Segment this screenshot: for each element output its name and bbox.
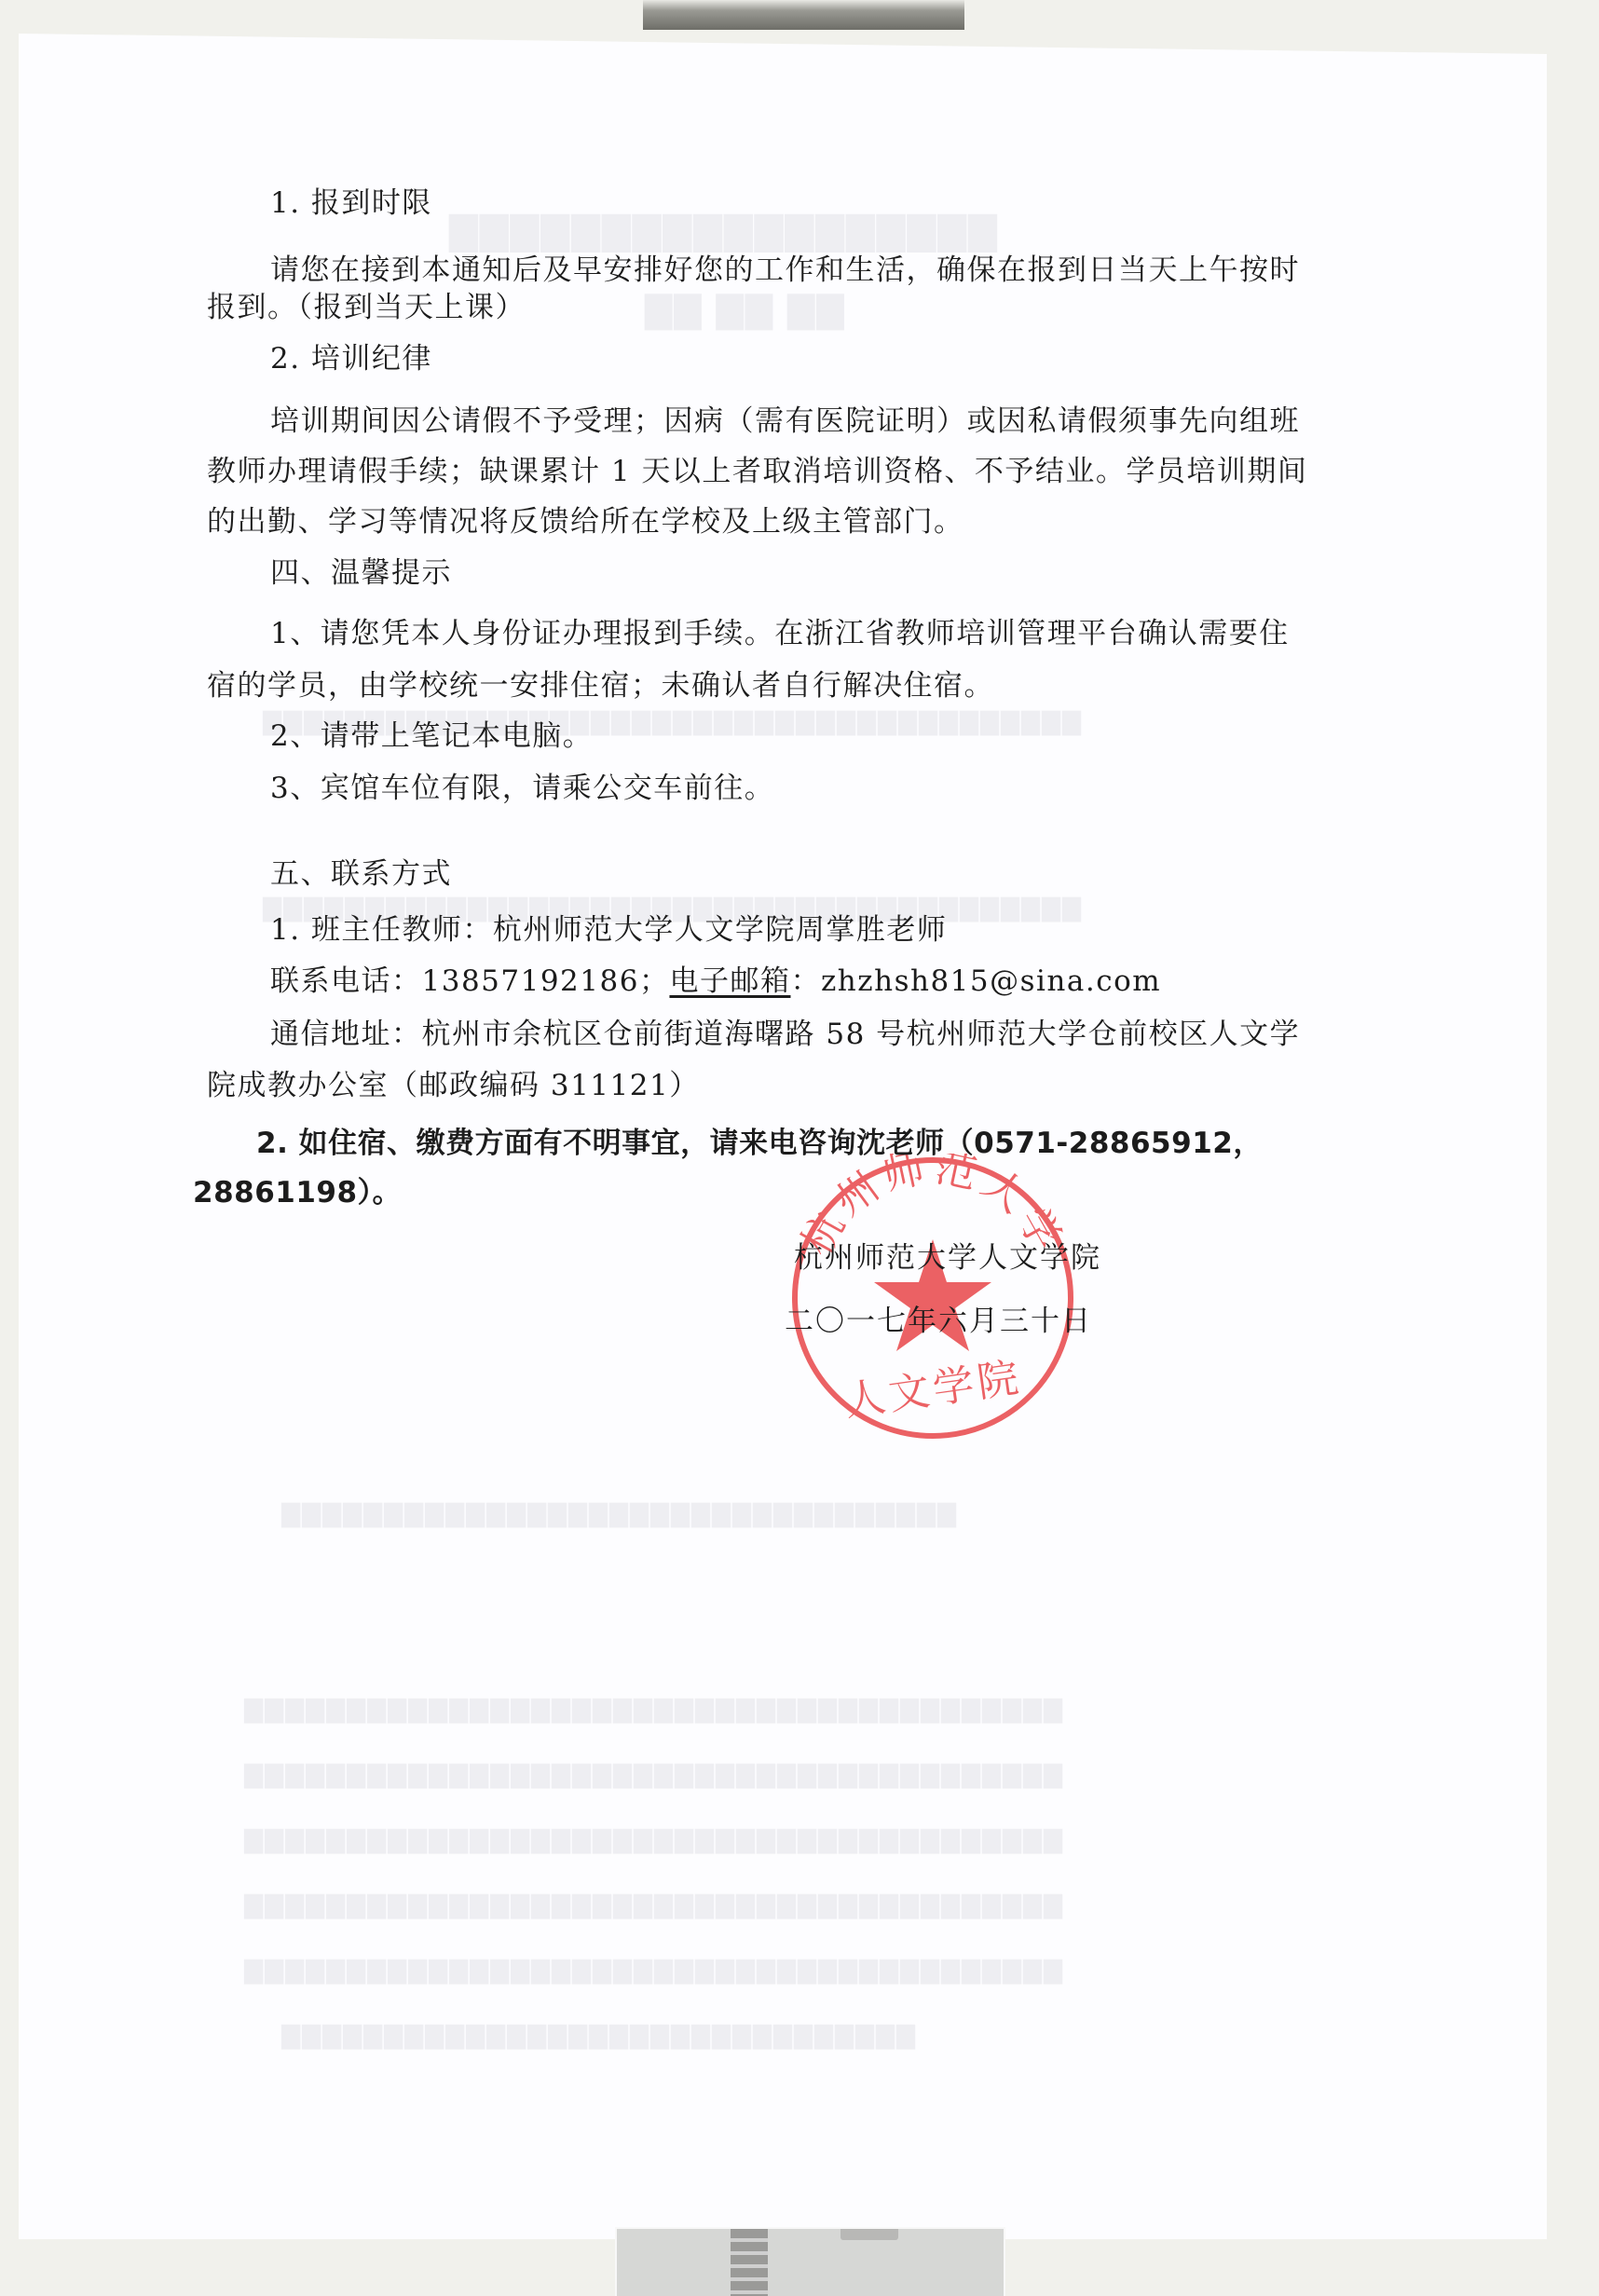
tip-item: 3、宾馆车位有限，请乘公交车前往。 [270, 770, 774, 807]
tip-item-cont: 宿的学员，由学校统一安排住宿；未确认者自行解决住宿。 [207, 667, 994, 704]
tip-item: 1、请您凭本人身份证办理报到手续。在浙江省教师培训管理平台确认需要住 [270, 615, 1290, 652]
contact-address-cont: 院成教办公室（邮政编码 311121） [207, 1067, 700, 1104]
accommodation-note-cont: 28861198）。 [193, 1174, 402, 1211]
contact-teacher: 1. 班主任教师：杭州师范大学人文学院周掌胜老师 [270, 911, 947, 949]
heading-discipline: 2. 培训纪律 [270, 340, 432, 377]
email-label: 电子邮箱 [669, 964, 790, 998]
heading-tips: 四、温馨提示 [270, 554, 452, 592]
signature-date: 二〇一七年六月三十日 [785, 1303, 1092, 1340]
email-colon: ： [790, 964, 821, 998]
paragraph-line: 培训期间因公请假不予受理；因病（需有医院证明）或因私请假须事先向组班 [270, 403, 1300, 440]
contact-phone-line: 联系电话：13857192186；电子邮箱：zhzhsh815@sina.com [270, 963, 1161, 1000]
contact-address: 通信地址：杭州市余杭区仓前街道海曙路 58 号杭州师范大学仓前校区人文学 [270, 1016, 1300, 1053]
paragraph-line: 请您在接到本通知后及早安排好您的工作和生活，确保在报到日当天上午按时 [270, 252, 1300, 289]
document-body: 1. 报到时限 请您在接到本通知后及早安排好您的工作和生活，确保在报到日当天上午… [0, 0, 1599, 2296]
phone-label: 联系电话： [270, 964, 422, 998]
heading-report-time: 1. 报到时限 [270, 184, 432, 222]
accommodation-note: 2. 如住宿、缴费方面有不明事宜，请来电咨询沈老师（0571-28865912， [256, 1125, 1263, 1162]
tip-item: 2、请带上笔记本电脑。 [270, 717, 593, 755]
phone-number: 13857192186； [422, 964, 670, 998]
heading-contact: 五、联系方式 [270, 855, 452, 893]
paragraph-line: 的出勤、学习等情况将反馈给所在学校及上级主管部门。 [207, 503, 964, 540]
email-address[interactable]: zhzhsh815@sina.com [821, 964, 1161, 998]
paragraph-line: 教师办理请假手续；缺课累计 1 天以上者取消培训资格、不予结业。学员培训期间 [207, 453, 1307, 490]
signature-org: 杭州师范大学人文学院 [794, 1239, 1101, 1277]
paragraph-line: 报到。（报到当天上课） [207, 289, 526, 326]
